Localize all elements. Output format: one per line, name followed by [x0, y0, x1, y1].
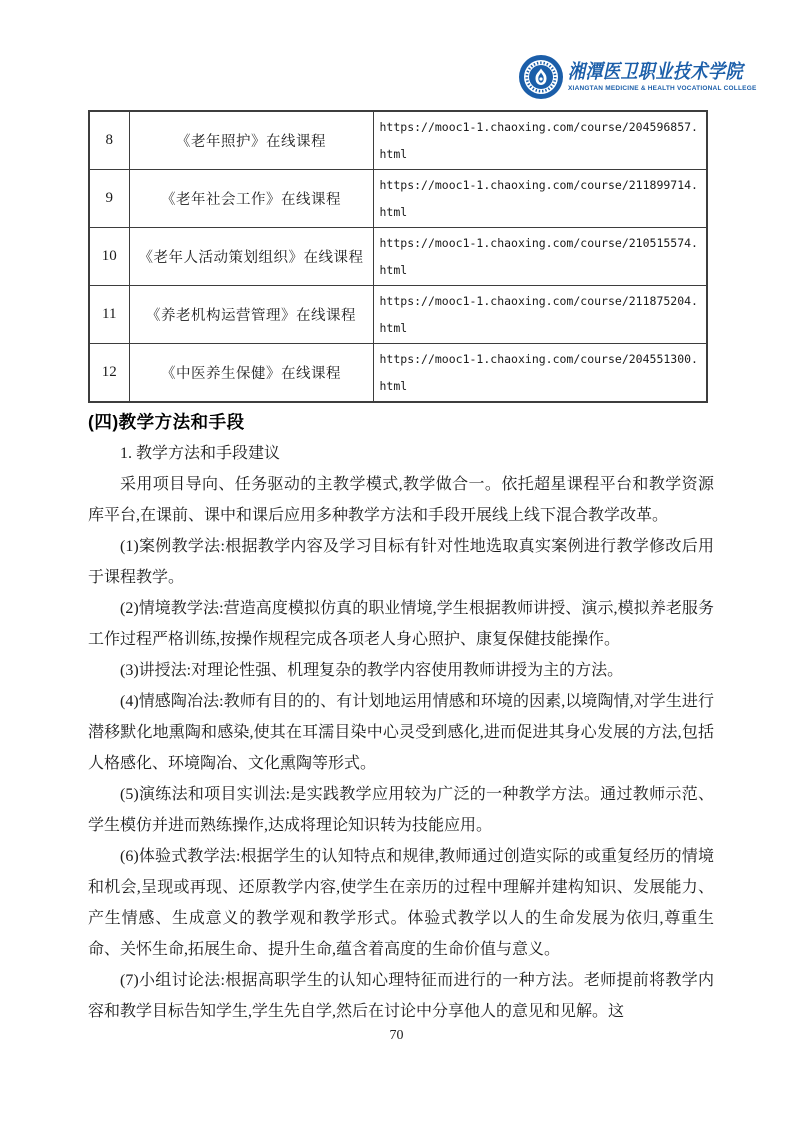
paragraph-method-5: (5)演练法和项目实训法:是实践教学应用较为广泛的一种教学方法。通过教师示范、学…: [88, 779, 714, 841]
paragraph-method-2: (2)情境教学法:营造高度模拟仿真的职业情境,学生根据教师讲授、演示,模拟养老服…: [88, 593, 714, 655]
table-row: 9 《老年社会工作》在线课程 https://mooc1-1.chaoxing.…: [89, 170, 707, 228]
section-heading: (四)教学方法和手段: [88, 407, 714, 438]
course-name: 《中医养生保健》在线课程: [129, 344, 373, 403]
row-number: 8: [89, 111, 129, 170]
paragraph-method-4: (4)情感陶冶法:教师有目的的、有计划地运用情感和环境的因素,以境陶情,对学生进…: [88, 686, 714, 779]
row-number: 11: [89, 286, 129, 344]
college-logo: 湘潭医卫职业技术学院 XIANGTAN MEDICINE & HEALTH VO…: [518, 52, 746, 102]
paragraph-method-7: (7)小组讨论法:根据高职学生的认知心理特征而进行的一种方法。老师提前将教学内容…: [88, 965, 714, 1027]
college-name-en: XIANGTAN MEDICINE & HEALTH VOCATIONAL CO…: [568, 85, 757, 92]
row-number: 12: [89, 344, 129, 403]
course-name: 《老年人活动策划组织》在线课程: [129, 228, 373, 286]
page-number: 70: [390, 1028, 404, 1043]
document-page: 湘潭医卫职业技术学院 XIANGTAN MEDICINE & HEALTH VO…: [0, 0, 793, 1122]
college-name-block: 湘潭医卫职业技术学院 XIANGTAN MEDICINE & HEALTH VO…: [568, 62, 757, 92]
online-course-table: 8 《老年照护》在线课程 https://mooc1-1.chaoxing.co…: [88, 110, 708, 403]
table-row: 10 《老年人活动策划组织》在线课程 https://mooc1-1.chaox…: [89, 228, 707, 286]
paragraph-method-3: (3)讲授法:对理论性强、机理复杂的教学内容使用教师讲授为主的方法。: [88, 655, 714, 686]
college-name-zh: 湘潭医卫职业技术学院: [568, 61, 757, 84]
course-name: 《老年社会工作》在线课程: [129, 170, 373, 228]
course-name: 《老年照护》在线课程: [129, 111, 373, 170]
subsection-heading: 1. 教学方法和手段建议: [88, 438, 714, 469]
page-footer: 70: [0, 1026, 793, 1046]
course-url: https://mooc1-1.chaoxing.com/course/2118…: [373, 286, 707, 344]
paragraph-method-1: (1)案例教学法:根据教学内容及学习目标有针对性地选取真实案例进行教学修改后用于…: [88, 531, 714, 593]
section-teaching-methods: (四)教学方法和手段 1. 教学方法和手段建议 采用项目导向、任务驱动的主教学模…: [88, 407, 714, 1027]
course-url: https://mooc1-1.chaoxing.com/course/2045…: [373, 111, 707, 170]
table-row: 12 《中医养生保健》在线课程 https://mooc1-1.chaoxing…: [89, 344, 707, 403]
college-emblem-icon: [518, 54, 564, 100]
row-number: 10: [89, 228, 129, 286]
course-url: https://mooc1-1.chaoxing.com/course/2105…: [373, 228, 707, 286]
table-row: 11 《养老机构运营管理》在线课程 https://mooc1-1.chaoxi…: [89, 286, 707, 344]
course-url: https://mooc1-1.chaoxing.com/course/2045…: [373, 344, 707, 403]
paragraph-intro: 采用项目导向、任务驱动的主教学模式,教学做合一。依托超星课程平台和教学资源库平台…: [88, 469, 714, 531]
course-url: https://mooc1-1.chaoxing.com/course/2118…: [373, 170, 707, 228]
table-row: 8 《老年照护》在线课程 https://mooc1-1.chaoxing.co…: [89, 111, 707, 170]
paragraph-method-6: (6)体验式教学法:根据学生的认知特点和规律,教师通过创造实际的或重复经历的情境…: [88, 841, 714, 965]
row-number: 9: [89, 170, 129, 228]
course-name: 《养老机构运营管理》在线课程: [129, 286, 373, 344]
